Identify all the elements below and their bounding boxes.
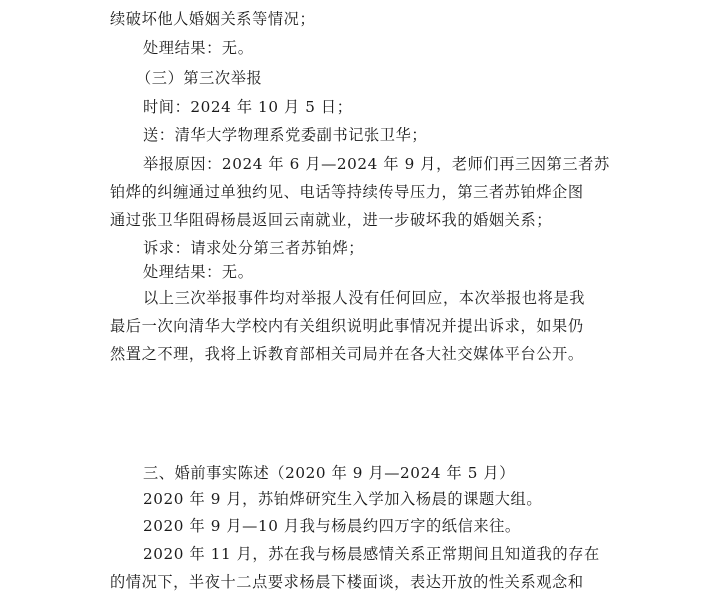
report-reason-line-3: 通过张卫华阻碍杨晨返回云南就业，进一步破坏我的婚姻关系；: [110, 210, 615, 230]
summary-paragraph-line-3: 然置之不理，我将上诉教育部相关司局并在各大社交媒体平台公开。: [110, 344, 615, 364]
summary-paragraph-line-1: 以上三次举报事件均对举报人没有任何回应，本次举报也将是我: [143, 288, 615, 308]
section-heading-third-report: （三）第三次举报: [136, 68, 641, 88]
fact-line-1: 2020 年 9 月，苏铂烨研究生入学加入杨晨的课题大组。: [143, 489, 615, 509]
fact-line-2: 2020 年 9 月—10 月我与杨晨约四万字的纸信来往。: [143, 516, 615, 536]
report-reason-line-2: 铂烨的纠缠通过单独约见、电话等持续传导压力，第三者苏铂烨企图: [110, 182, 615, 202]
report-recipient-line: 送：清华大学物理系党委副书记张卫华；: [143, 125, 615, 145]
report-time-line: 时间：2024 年 10 月 5 日；: [143, 97, 615, 117]
document-page: 续破坏他人婚姻关系等情况； 处理结果：无。 （三）第三次举报 时间：2024 年…: [0, 0, 720, 610]
result-line: 处理结果：无。: [143, 38, 615, 58]
result-line-2: 处理结果：无。: [143, 262, 615, 282]
cutoff-text-line: [110, 0, 615, 8]
report-reason-line: 举报原因：2024 年 6 月—2024 年 9 月，老师们再三因第三者苏: [143, 154, 615, 174]
section-heading-premarital-facts: 三、婚前事实陈述（2020 年 9 月—2024 年 5 月）: [143, 463, 615, 483]
request-line: 诉求：请求处分第三者苏铂烨；: [143, 238, 615, 258]
fact-line-3-continued: 的情况下，半夜十二点要求杨晨下楼面谈，表达开放的性关系观念和: [110, 572, 615, 592]
summary-paragraph-line-2: 最后一次向清华大学校内有关组织说明此事情况并提出诉求，如果仍: [110, 316, 615, 336]
text-line-continuation: 续破坏他人婚姻关系等情况；: [110, 9, 615, 29]
fact-line-3: 2020 年 11 月，苏在我与杨晨感情关系正常期间且知道我的存在: [143, 544, 615, 564]
